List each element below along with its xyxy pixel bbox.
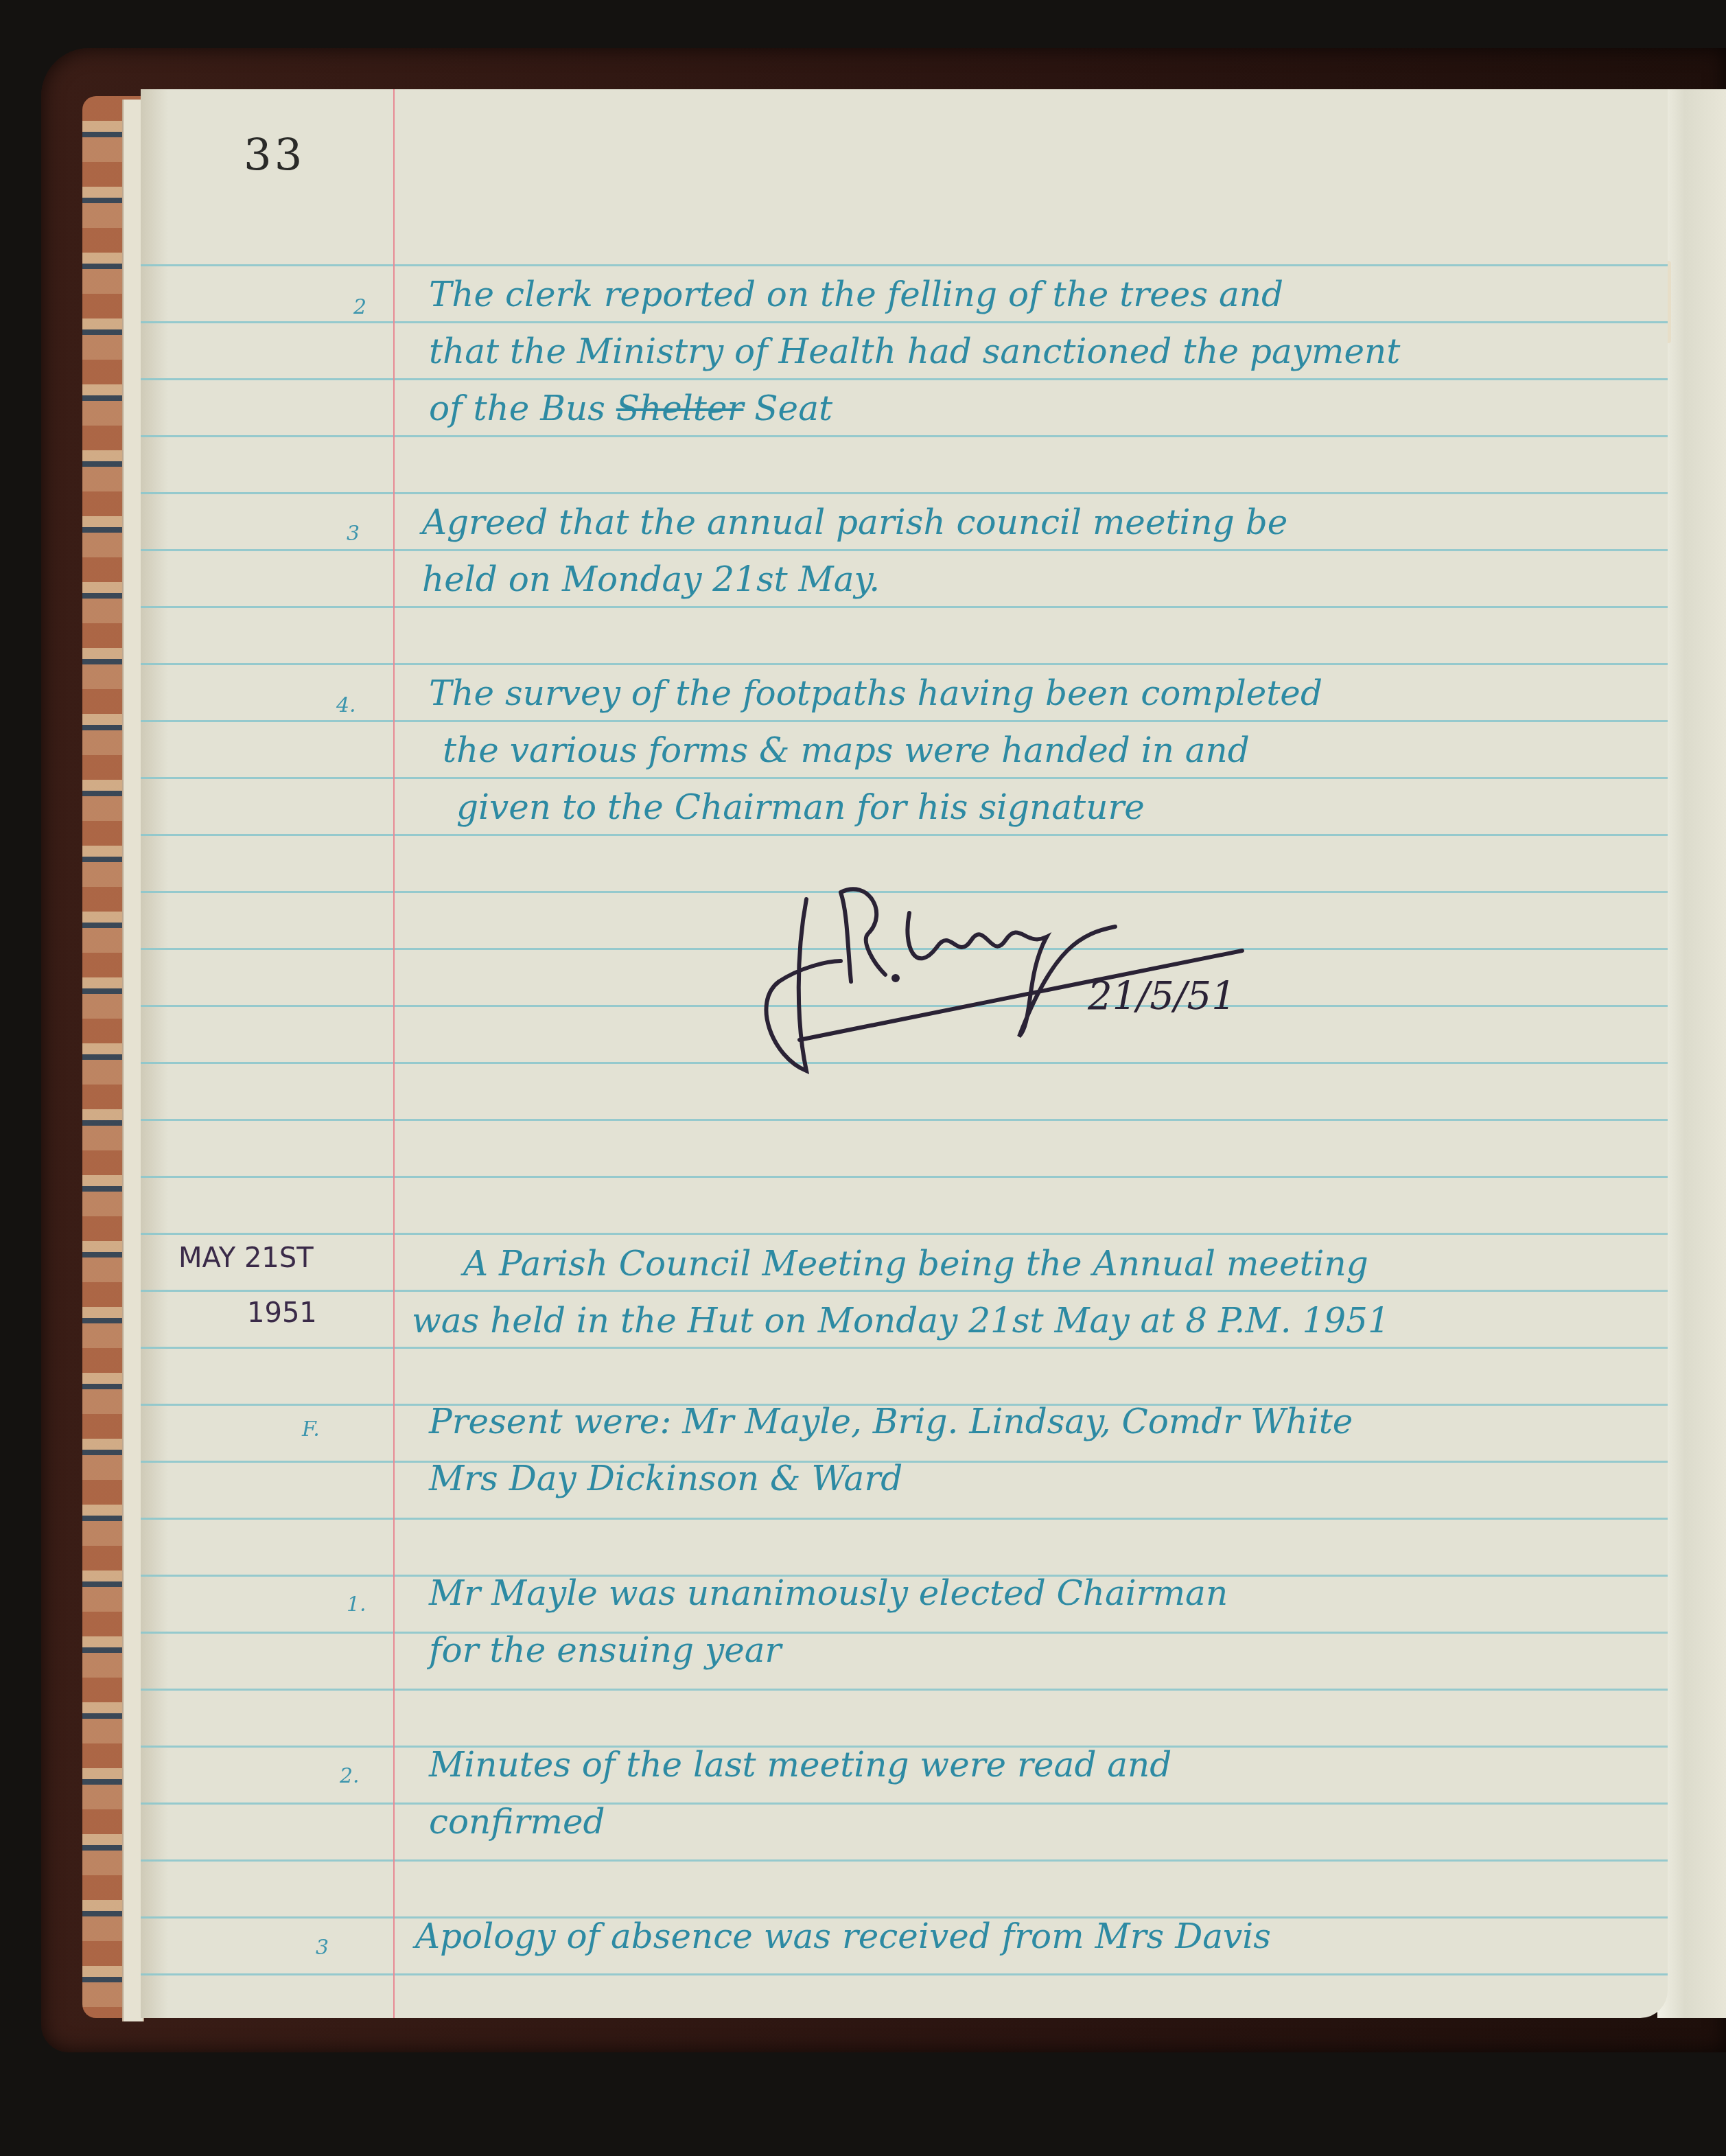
meeting-intro-line-2: was held in the Hut on Monday 21st May a… — [412, 1293, 1390, 1349]
ruled-line — [141, 1689, 1668, 1691]
ruled-line — [141, 1461, 1668, 1463]
ruled-line — [141, 1176, 1668, 1178]
item-2-line-1: The clerk reported on the felling of the… — [429, 266, 1283, 323]
meeting-year-margin: 1951 — [247, 1297, 317, 1329]
red-margin-line — [393, 89, 395, 2018]
ruled-line — [141, 1119, 1668, 1121]
item-3-line-1: Agreed that the annual parish council me… — [422, 494, 1287, 551]
present-line-1: Present were: Mr Mayle, Brig. Lindsay, C… — [429, 1393, 1353, 1450]
ledger-page: 33 2 The clerk reported on the felling o… — [141, 89, 1668, 2018]
facing-page-gutter — [1657, 89, 1726, 2018]
new-item-2-line-2: confirmed — [429, 1794, 605, 1851]
ruled-line — [141, 1632, 1668, 1634]
new-item-3-line-1: Apology of absence was received from Mrs… — [415, 1908, 1271, 1965]
signature-date: 21/5/51 — [1088, 968, 1236, 1025]
item-number: 2. — [340, 1764, 360, 1788]
ruled-line — [141, 606, 1668, 608]
ruled-line — [141, 1233, 1668, 1235]
item-2-line-3-end: Seat — [754, 389, 832, 428]
item-4-line-2: the various forms & maps were handed in … — [443, 722, 1250, 779]
present-marker: F. — [302, 1417, 320, 1441]
ruled-line — [141, 435, 1668, 437]
item-3-line-2: held on Monday 21st May. — [422, 551, 880, 608]
ruled-line — [141, 1859, 1668, 1862]
item-number: 3 — [347, 522, 360, 546]
item-2-line-3: of the Bus Shelter Seat — [429, 380, 832, 437]
meeting-date-margin: MAY 21ST — [178, 1242, 314, 1274]
meeting-intro-line-1: A Parish Council Meeting being the Annua… — [463, 1236, 1368, 1293]
item-number: 3 — [316, 1936, 329, 1960]
item-number: 1. — [347, 1592, 366, 1616]
present-line-2: Mrs Day Dickinson & Ward — [429, 1450, 902, 1507]
item-number: 2 — [353, 295, 366, 319]
ruled-line — [141, 1518, 1668, 1520]
item-number: 4. — [336, 693, 356, 717]
item-4-line-3: given to the Chairman for his signature — [456, 779, 1145, 836]
new-item-1-line-2: for the ensuing year — [429, 1622, 781, 1679]
ruled-line — [141, 1803, 1668, 1805]
struck-word: Shelter — [616, 389, 744, 428]
new-item-1-line-1: Mr Mayle was unanimously elected Chairma… — [429, 1565, 1228, 1622]
page-number: 33 — [244, 130, 305, 181]
item-4-line-1: The survey of the footpaths having been … — [429, 665, 1322, 722]
item-2-line-3-start: of the Bus — [429, 389, 605, 428]
ruled-line — [141, 1973, 1668, 1975]
new-item-2-line-1: Minutes of the last meeting were read an… — [429, 1737, 1171, 1794]
item-2-line-2: that the Ministry of Health had sanction… — [429, 323, 1400, 380]
